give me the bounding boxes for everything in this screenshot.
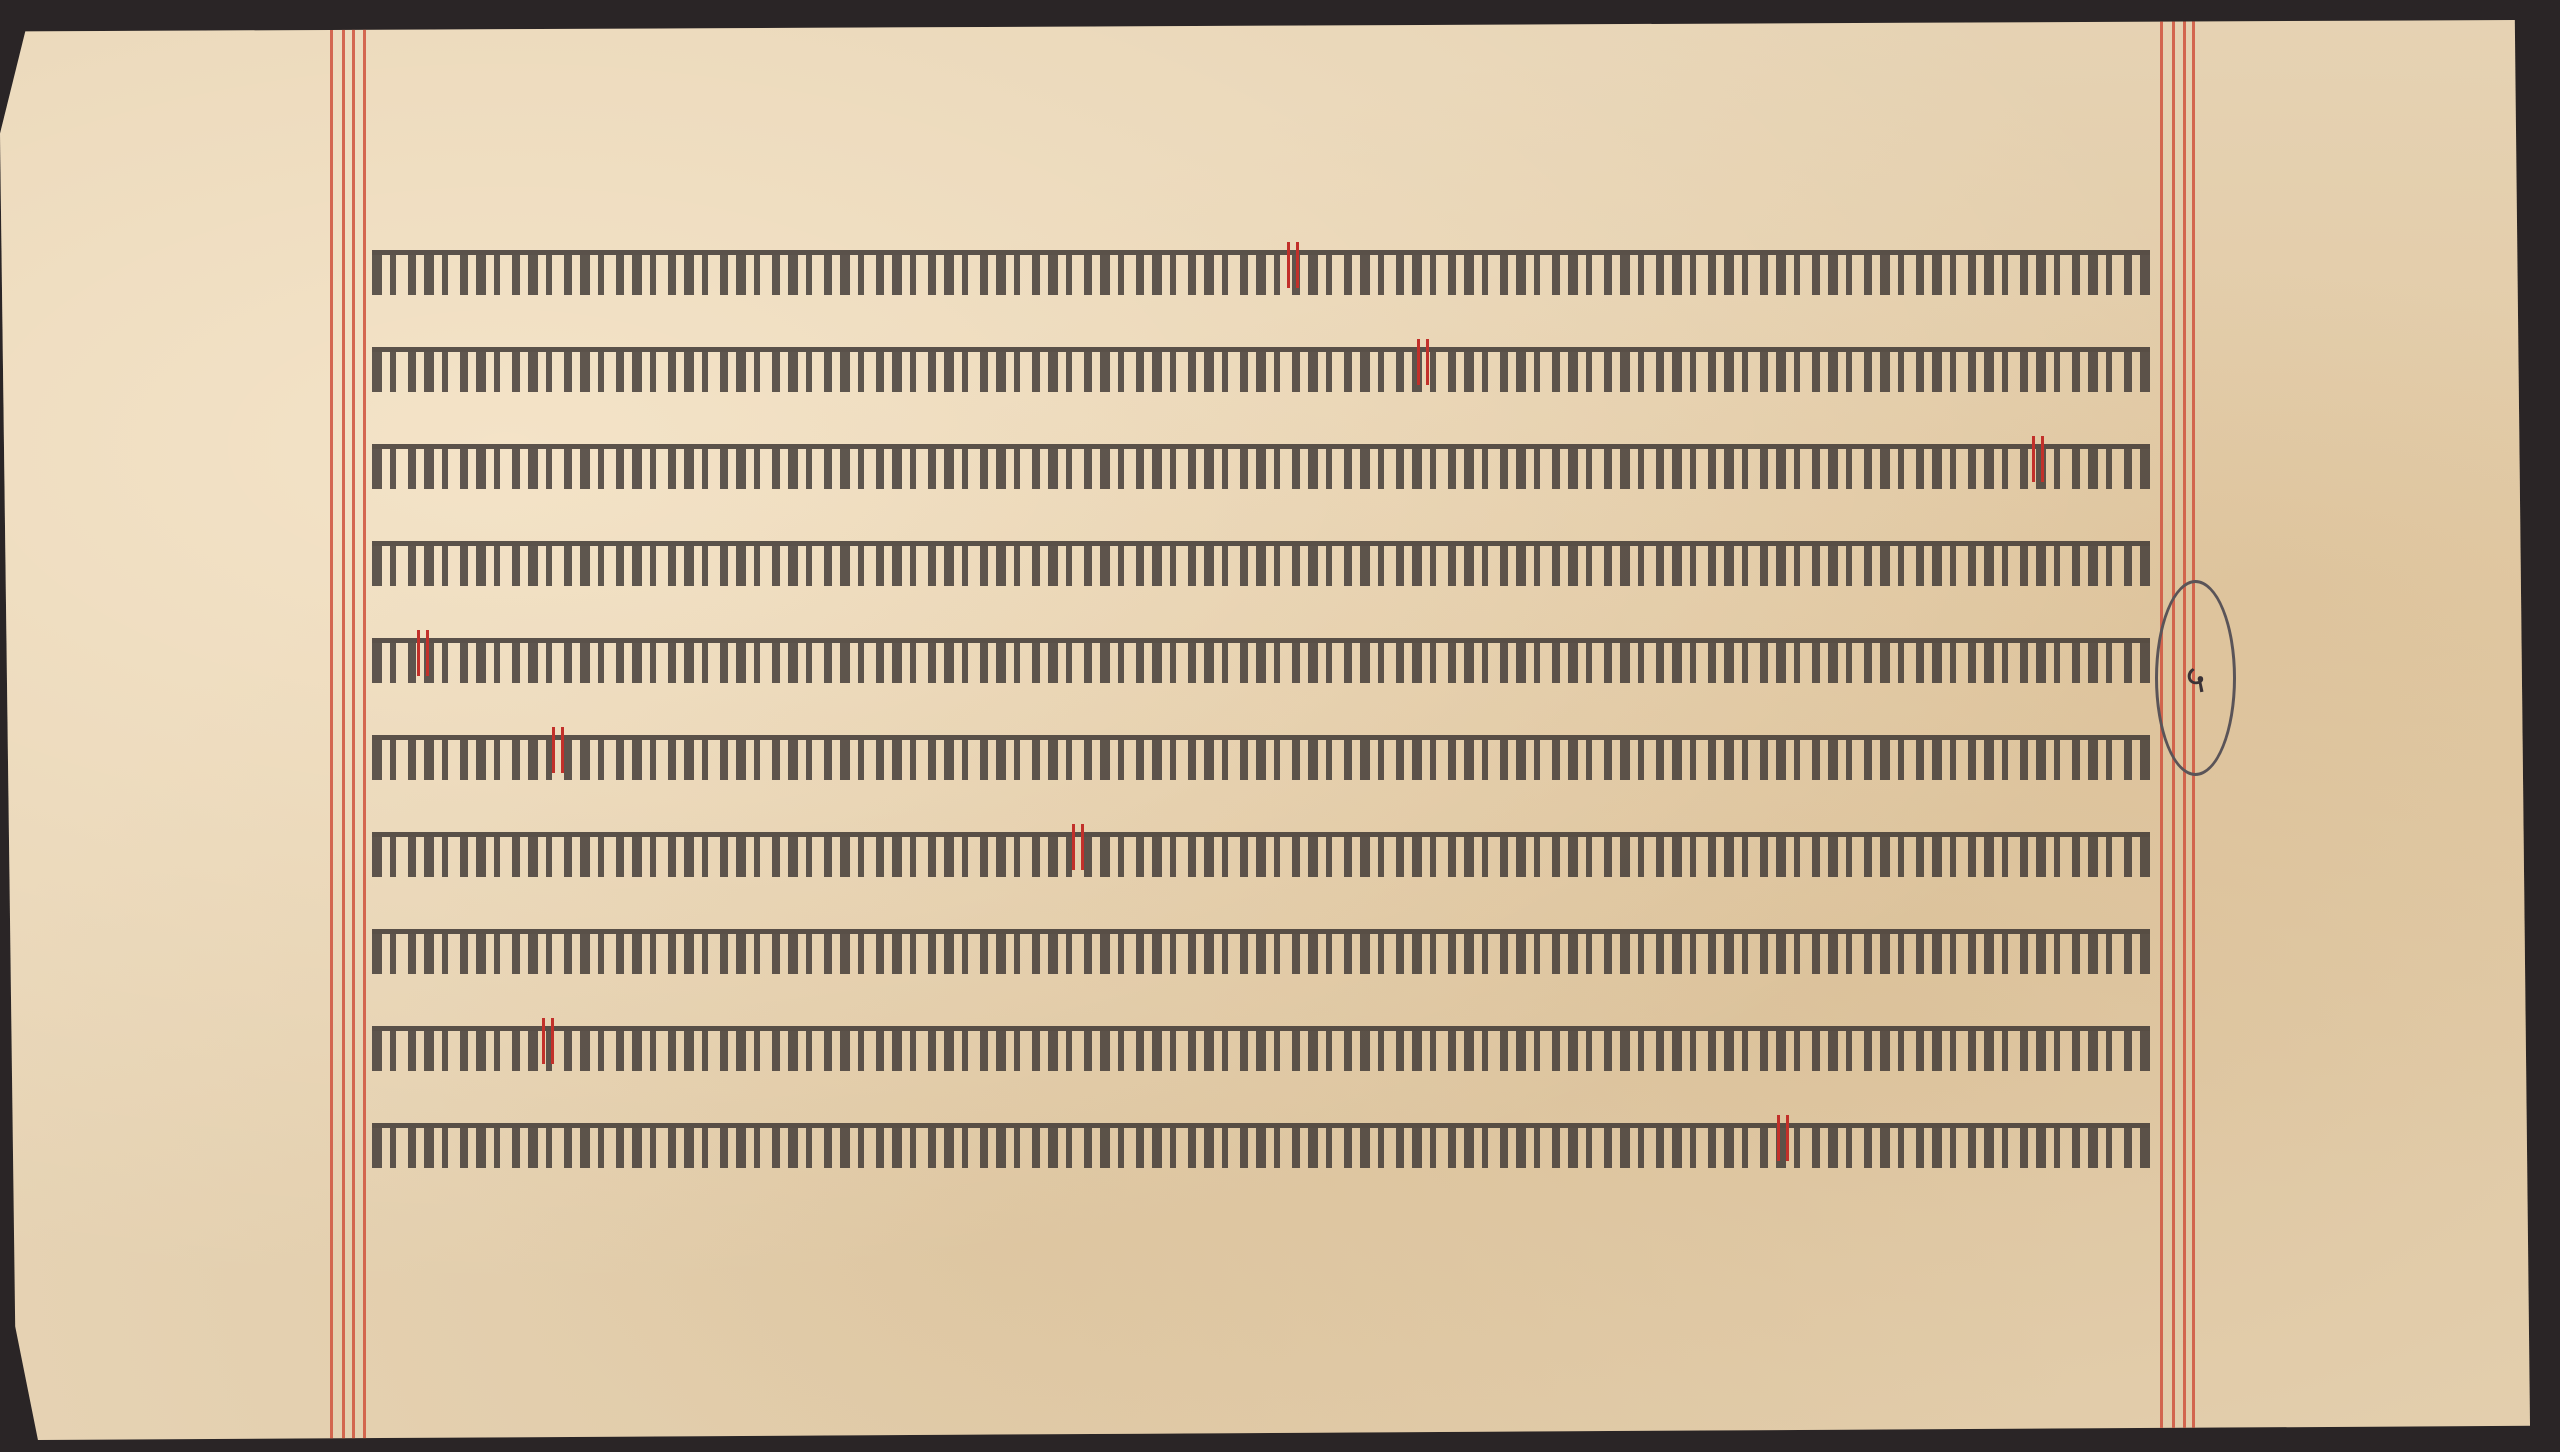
script-line-text (372, 929, 2150, 974)
script-line-text (372, 444, 2150, 489)
script-line (372, 519, 2150, 616)
red-danda-mark (1287, 242, 1299, 288)
manuscript-text-block (372, 228, 2150, 1198)
script-line (372, 1101, 2150, 1198)
script-line (372, 907, 2150, 1004)
script-line-text (372, 638, 2150, 683)
folio-number: ५ (2155, 580, 2236, 776)
left-ruling-line (363, 28, 366, 1440)
red-danda-mark (552, 727, 564, 773)
script-line-text (372, 1123, 2150, 1168)
red-danda-mark (417, 630, 429, 676)
script-line-text (372, 541, 2150, 586)
script-line-text (372, 1026, 2150, 1071)
script-line (372, 713, 2150, 810)
script-line (372, 616, 2150, 713)
script-line-text (372, 832, 2150, 877)
script-line-text (372, 347, 2150, 392)
red-danda-mark (1417, 339, 1429, 385)
left-ruling-line (342, 28, 345, 1440)
left-ruling-line (352, 28, 355, 1440)
script-line (372, 325, 2150, 422)
script-line (372, 228, 2150, 325)
script-line-text (372, 735, 2150, 780)
left-ruling-line (330, 28, 333, 1440)
script-line (372, 810, 2150, 907)
script-line (372, 422, 2150, 519)
red-danda-mark (542, 1018, 554, 1064)
script-line (372, 1004, 2150, 1101)
red-danda-mark (1777, 1115, 1789, 1161)
script-line-text (372, 250, 2150, 295)
red-danda-mark (1072, 824, 1084, 870)
red-danda-mark (2032, 436, 2044, 482)
